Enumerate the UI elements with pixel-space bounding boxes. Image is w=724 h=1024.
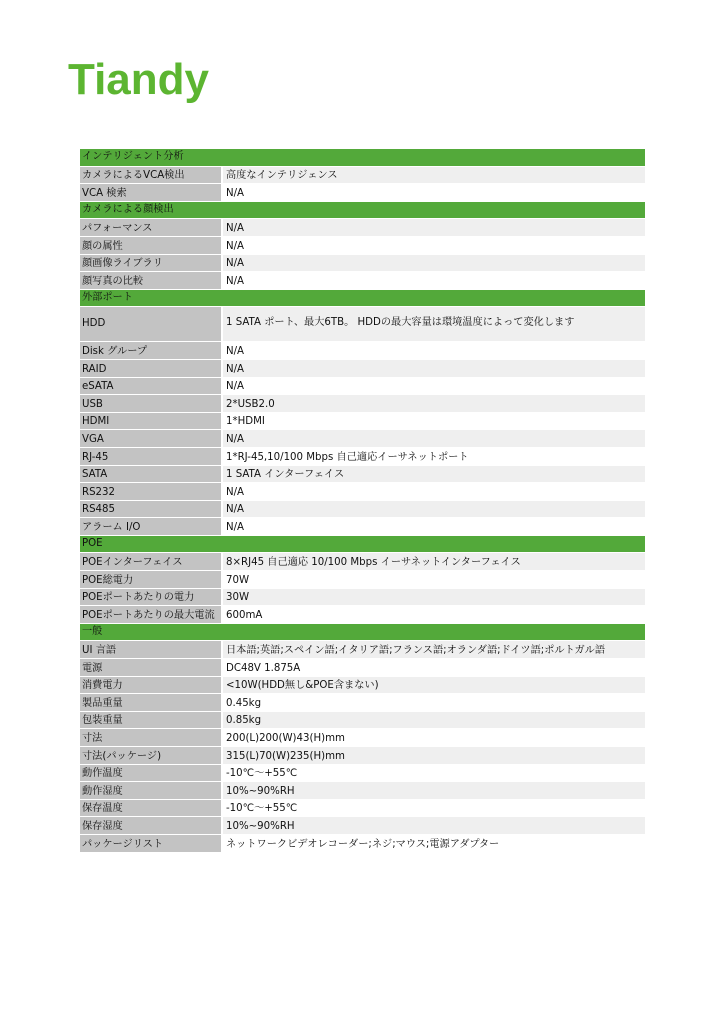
table-row: POEポートあたりの電力 30W <box>80 588 645 606</box>
row-value: N/A <box>222 430 645 448</box>
row-label: POEインターフェイス <box>80 553 222 571</box>
row-label: POEポートあたりの電力 <box>80 588 222 606</box>
section-header-face-detection: カメラによる顔検出 <box>80 201 645 219</box>
section-title: POE <box>80 535 645 553</box>
table-row: RJ-45 1*RJ-45,10/100 Mbps 自己適応イーサネットポート <box>80 447 645 465</box>
row-label: パッケージリスト <box>80 834 222 852</box>
row-label: 顔画像ライブラリ <box>80 254 222 272</box>
table-row: HDD 1 SATA ポート、最大6TB。 HDDの最大容量は環境温度によって変… <box>80 307 645 342</box>
section-title: カメラによる顔検出 <box>80 201 645 219</box>
row-value: -10℃～+55℃ <box>222 764 645 782</box>
section-title: 一般 <box>80 623 645 641</box>
row-label: アラーム I/O <box>80 518 222 536</box>
row-value: 8×RJ45 自己適応 10/100 Mbps イーサネットインターフェイス <box>222 553 645 571</box>
table-row: SATA 1 SATA インターフェイス <box>80 465 645 483</box>
table-row: 寸法(パッケージ) 315(L)70(W)235(H)mm <box>80 747 645 765</box>
row-label: USB <box>80 395 222 413</box>
table-row: POEポートあたりの最大電流 600mA <box>80 606 645 624</box>
row-label: POE総電力 <box>80 571 222 589</box>
row-value: N/A <box>222 518 645 536</box>
row-label: 動作温度 <box>80 764 222 782</box>
tiandy-logo: Tiandy <box>68 54 209 106</box>
table-row: 消費電力 <10W(HDD無し&POE含まない) <box>80 676 645 694</box>
row-value: 200(L)200(W)43(H)mm <box>222 729 645 747</box>
row-label: 製品重量 <box>80 694 222 712</box>
row-value: 高度なインテリジェンス <box>222 166 645 184</box>
table-row: 顔画像ライブラリ N/A <box>80 254 645 272</box>
row-label: VCA 検索 <box>80 184 222 202</box>
table-row: RAID N/A <box>80 359 645 377</box>
row-label: HDD <box>80 307 222 342</box>
row-value: 315(L)70(W)235(H)mm <box>222 747 645 765</box>
row-label: 寸法(パッケージ) <box>80 747 222 765</box>
row-value: N/A <box>222 236 645 254</box>
table-row: 寸法 200(L)200(W)43(H)mm <box>80 729 645 747</box>
row-value: 70W <box>222 571 645 589</box>
row-value: 10%~90%RH <box>222 782 645 800</box>
table-row: 動作湿度 10%~90%RH <box>80 782 645 800</box>
row-value: N/A <box>222 500 645 518</box>
row-label: RAID <box>80 359 222 377</box>
row-label: 包装重量 <box>80 711 222 729</box>
row-label: VGA <box>80 430 222 448</box>
table-row: RS232 N/A <box>80 483 645 501</box>
table-row: VCA 検索 N/A <box>80 184 645 202</box>
row-value: -10℃～+55℃ <box>222 799 645 817</box>
row-value: 0.85kg <box>222 711 645 729</box>
row-value: N/A <box>222 483 645 501</box>
row-label: 保存温度 <box>80 799 222 817</box>
table-row: VGA N/A <box>80 430 645 448</box>
row-label: 動作湿度 <box>80 782 222 800</box>
row-label: RJ-45 <box>80 447 222 465</box>
section-title: インテリジェント分析 <box>80 149 645 166</box>
row-value: <10W(HDD無し&POE含まない) <box>222 676 645 694</box>
row-value: 30W <box>222 588 645 606</box>
table-row: パフォーマンス N/A <box>80 219 645 237</box>
row-value: N/A <box>222 359 645 377</box>
row-label: RS485 <box>80 500 222 518</box>
table-row: アラーム I/O N/A <box>80 518 645 536</box>
table-row: HDMI 1*HDMI <box>80 412 645 430</box>
row-label: POEポートあたりの最大電流 <box>80 606 222 624</box>
table-row: 保存湿度 10%~90%RH <box>80 817 645 835</box>
table-row: 製品重量 0.45kg <box>80 694 645 712</box>
row-value: 0.45kg <box>222 694 645 712</box>
row-label: カメラによるVCA検出 <box>80 166 222 184</box>
row-value: 2*USB2.0 <box>222 395 645 413</box>
table-row: 電源 DC48V 1.875A <box>80 659 645 677</box>
row-value: 1 SATA インターフェイス <box>222 465 645 483</box>
row-value: 600mA <box>222 606 645 624</box>
row-value: ネットワークビデオレコーダー;ネジ;マウス;電源アダプター <box>222 834 645 852</box>
table-row: 包装重量 0.85kg <box>80 711 645 729</box>
row-label: 顔写真の比較 <box>80 272 222 290</box>
row-label: パフォーマンス <box>80 219 222 237</box>
row-value: N/A <box>222 184 645 202</box>
row-label: 顔の属性 <box>80 236 222 254</box>
table-row: USB 2*USB2.0 <box>80 395 645 413</box>
table-row: カメラによるVCA検出 高度なインテリジェンス <box>80 166 645 184</box>
row-label: UI 言語 <box>80 641 222 659</box>
row-value: N/A <box>222 254 645 272</box>
table-row: RS485 N/A <box>80 500 645 518</box>
table-row: パッケージリスト ネットワークビデオレコーダー;ネジ;マウス;電源アダプター <box>80 834 645 852</box>
row-label: 保存湿度 <box>80 817 222 835</box>
table-row: POEインターフェイス 8×RJ45 自己適応 10/100 Mbps イーサネ… <box>80 553 645 571</box>
row-value: 1*HDMI <box>222 412 645 430</box>
row-label: SATA <box>80 465 222 483</box>
row-value: N/A <box>222 342 645 360</box>
section-header-external-ports: 外部ポート <box>80 289 645 307</box>
table-row: 顔の属性 N/A <box>80 236 645 254</box>
row-label: HDMI <box>80 412 222 430</box>
table-row: eSATA N/A <box>80 377 645 395</box>
section-header-intelligent-analysis: インテリジェント分析 <box>80 149 645 166</box>
table-row: 保存温度 -10℃～+55℃ <box>80 799 645 817</box>
row-value: N/A <box>222 377 645 395</box>
row-value: DC48V 1.875A <box>222 659 645 677</box>
section-header-poe: POE <box>80 535 645 553</box>
row-label: Disk グループ <box>80 342 222 360</box>
row-label: eSATA <box>80 377 222 395</box>
table-row: POE総電力 70W <box>80 571 645 589</box>
row-label: 電源 <box>80 659 222 677</box>
table-row: 顔写真の比較 N/A <box>80 272 645 290</box>
row-value: 1 SATA ポート、最大6TB。 HDDの最大容量は環境温度によって変化します <box>222 307 645 342</box>
row-label: 消費電力 <box>80 676 222 694</box>
row-label: RS232 <box>80 483 222 501</box>
section-header-general: 一般 <box>80 623 645 641</box>
table-row: 動作温度 -10℃～+55℃ <box>80 764 645 782</box>
table-row: Disk グループ N/A <box>80 342 645 360</box>
row-value: N/A <box>222 272 645 290</box>
row-value: 日本語;英語;スペイン語;イタリア語;フランス語;オランダ語;ドイツ語;ポルトガ… <box>222 641 645 659</box>
spec-table: インテリジェント分析 カメラによるVCA検出 高度なインテリジェンス VCA 検… <box>80 149 645 853</box>
row-label: 寸法 <box>80 729 222 747</box>
row-value: 1*RJ-45,10/100 Mbps 自己適応イーサネットポート <box>222 447 645 465</box>
row-value: 10%~90%RH <box>222 817 645 835</box>
row-value: N/A <box>222 219 645 237</box>
section-title: 外部ポート <box>80 289 645 307</box>
table-row: UI 言語 日本語;英語;スペイン語;イタリア語;フランス語;オランダ語;ドイツ… <box>80 641 645 659</box>
